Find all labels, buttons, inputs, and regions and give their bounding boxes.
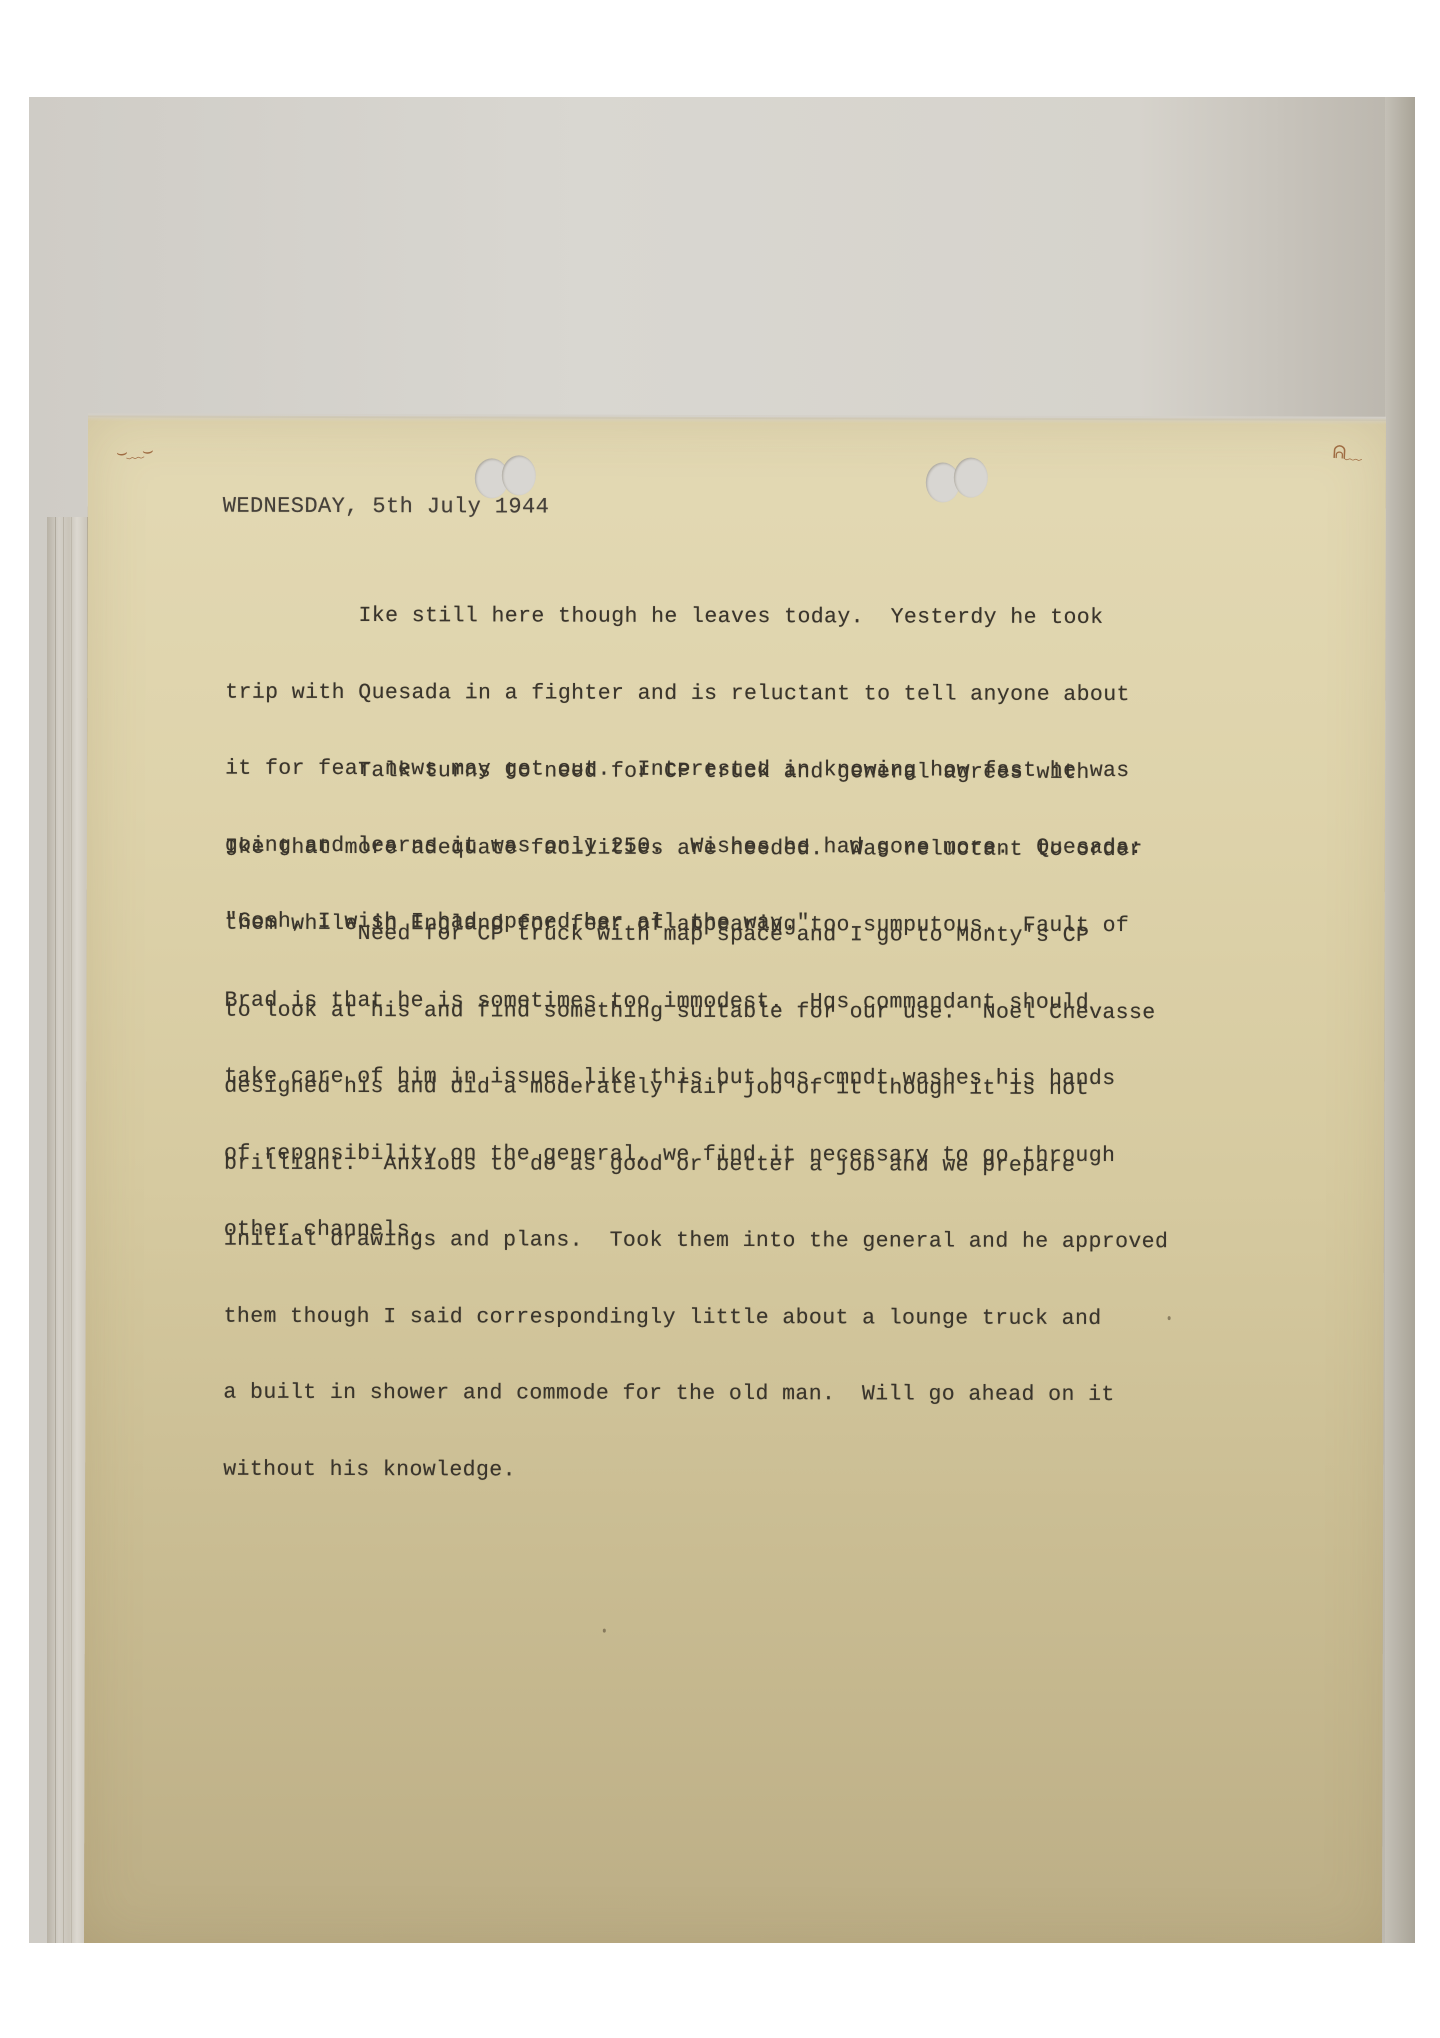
text-line: Need for CP truck with map space and I g… [225, 922, 1170, 950]
page-top-edge [88, 413, 1386, 424]
text-line: Talk turns to need for CP truck and gene… [225, 759, 1143, 787]
rust-stain-mark: ⌣﹏⌣ [115, 436, 152, 464]
rust-stain-mark: ᕱ﹏ [1332, 438, 1361, 465]
text-line: Ike still here though he leaves today. Y… [225, 604, 1143, 632]
page-stack-edge [47, 517, 88, 1943]
text-line: without his knowledge. [223, 1457, 1168, 1485]
paper-speck [603, 1629, 606, 1633]
text-line: designed his and did a moderately fair j… [224, 1075, 1169, 1103]
text-line: a built in shower and commode for the ol… [223, 1381, 1168, 1409]
punch-hole [954, 458, 988, 498]
text-line: initial drawings and plans. Took them in… [224, 1228, 1169, 1256]
punch-hole [502, 455, 536, 495]
page-stack-line [63, 517, 64, 1943]
binder-right-edge [1385, 97, 1415, 1943]
diary-date-heading: WEDNESDAY, 5th July 1944 [223, 494, 550, 520]
document-photograph: ⌣﹏⌣ ᕱ﹏ WEDNESDAY, 5th July 1944 Ike stil… [29, 97, 1415, 1943]
typewritten-page: ⌣﹏⌣ ᕱ﹏ WEDNESDAY, 5th July 1944 Ike stil… [84, 415, 1386, 1943]
text-line: them though I said correspondingly littl… [224, 1304, 1169, 1332]
text-line: trip with Quesada in a fighter and is re… [225, 680, 1143, 708]
paper-speck [1168, 1316, 1171, 1320]
text-line: Ike that more adequate facilities are ne… [225, 835, 1143, 863]
text-line: to look at his and find something suitab… [224, 998, 1169, 1026]
page-stack-line [71, 517, 72, 1943]
diary-paragraph-3: Need for CP truck with map space and I g… [223, 871, 1169, 1536]
page-stack-line [55, 517, 56, 1943]
text-line: brilliant. Anxious to do as good or bett… [224, 1151, 1169, 1179]
